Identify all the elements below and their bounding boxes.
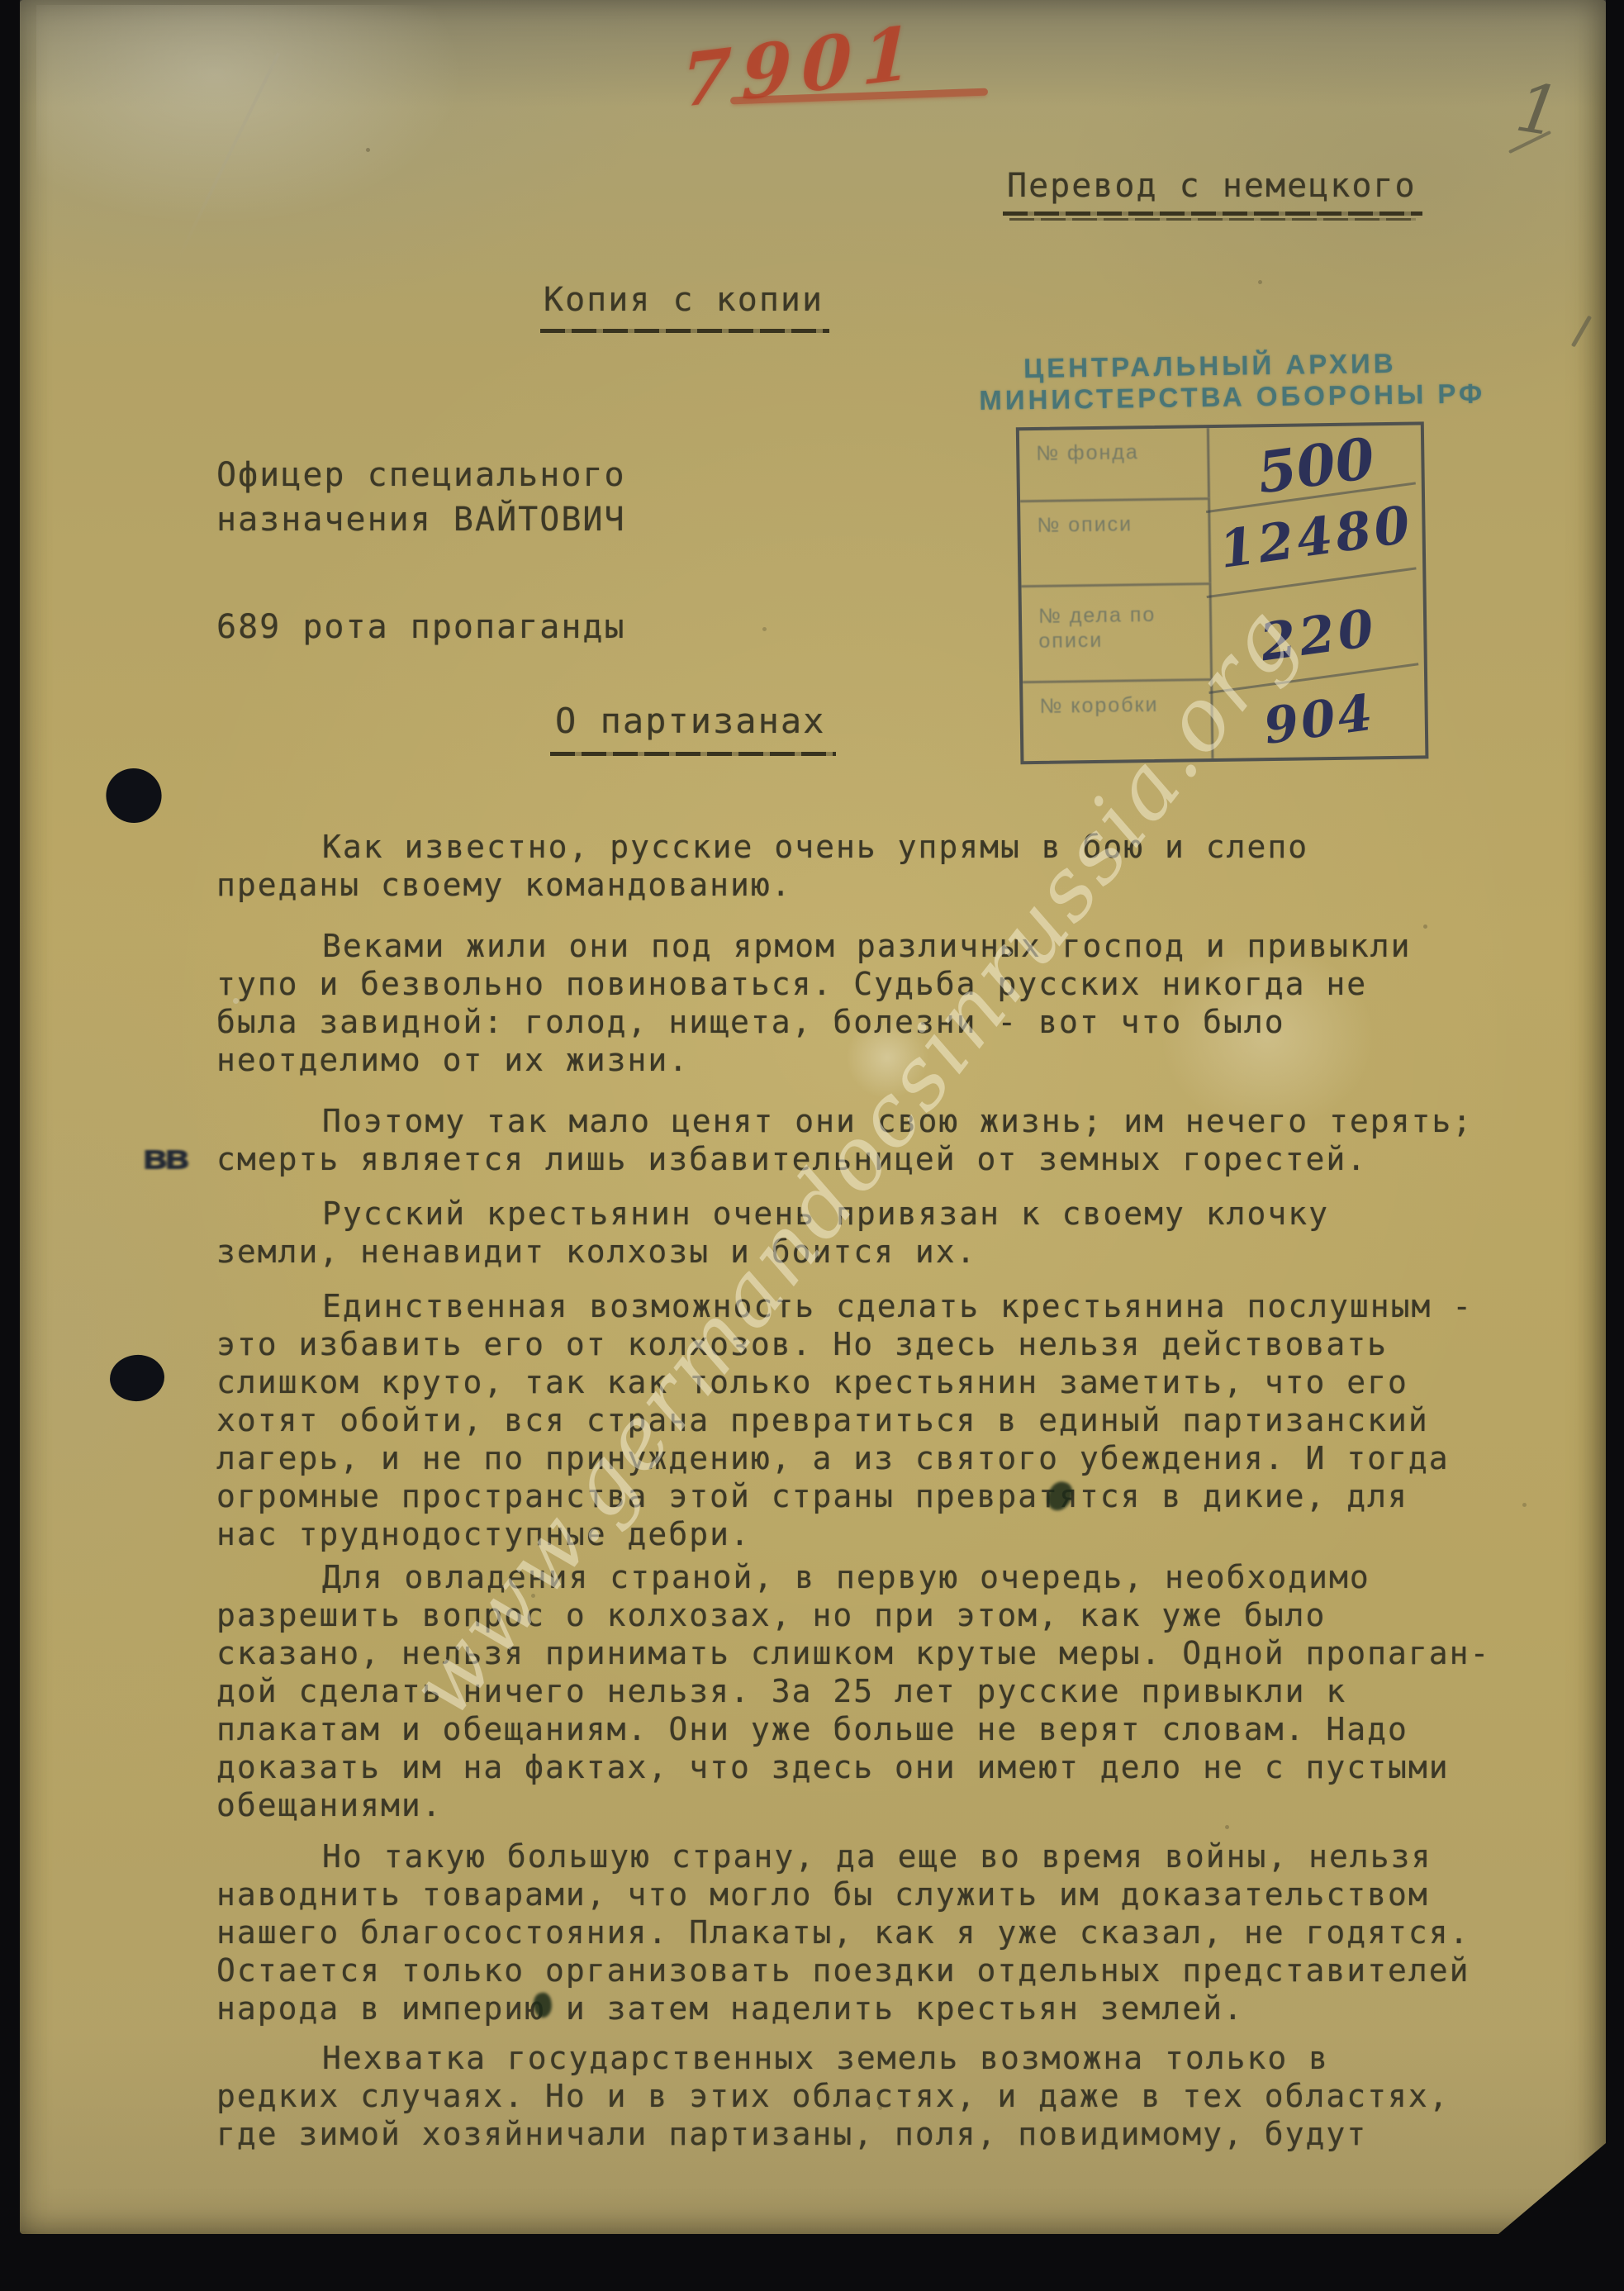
text-line: смерть является лишь избавительницей от … [216,1140,1473,1178]
text-line: наводнить товарами, что могло бы служить… [216,1875,1470,1913]
text-line: Поэтому так мало ценят они свою жизнь; и… [216,1102,1473,1140]
text-line: Нехватка государственных земель возможна… [216,2039,1450,2077]
text-line: разрешить вопрос о колхозах, но при этом… [216,1596,1490,1634]
translation-note-underline-2 [1009,218,1416,221]
officer-line-3: 689 рота пропаганды [216,608,626,646]
typo-smudge: вв [143,1137,187,1177]
pencil-tick [1571,316,1592,348]
document-title: О партизанах [555,701,825,741]
stamp-header-line2: МИНИСТЕРСТВА ОБОРОНЫ РФ [979,378,1441,416]
translation-note: Перевод с немецкого [1007,167,1417,205]
stamp-table: № фонда500№ описи12480№ дела по описи220… [1016,421,1429,764]
text-line: огромные пространства этой страны превра… [216,1477,1473,1515]
text-line: плакатам и обещаниям. Они уже больше не … [216,1710,1490,1748]
stain-torn-corner [36,5,482,236]
archive-stamp: ЦЕНТРАЛЬНЫЙ АРХИВ МИНИСТЕРСТВА ОБОРОНЫ Р… [979,347,1447,765]
text-line: дой сделать ничего нельзя. За 25 лет рус… [216,1672,1490,1710]
translation-note-underline [1003,212,1422,216]
text-line: Единственная возможность сделать крестья… [216,1287,1473,1325]
text-line: преданы своему командованию. [216,866,1308,904]
text-line: где зимой хозяйничали партизаны, поля, п… [216,2115,1450,2153]
stamp-row-label: № описи [1020,497,1211,585]
stamp-row-label: № фонда [1019,428,1210,500]
officer-line-1: Офицер специального [216,456,626,494]
text-line: тупо и безвольно повиноваться. Судьба ру… [216,965,1412,1003]
hole-punch-top [102,764,166,828]
text-line: Как известно, русские очень упрямы в бою… [216,828,1308,866]
officer-line-2: назначения ВАЙТОВИЧ [216,501,626,539]
text-line: обещаниями. [216,1786,1490,1824]
text-line: земли, ненавидит колхозы и боится их. [216,1233,1329,1271]
text-line: редких случаях. Но и в этих областях, и … [216,2077,1450,2115]
paragraph: Веками жили они под ярмом различных госп… [216,927,1412,1079]
title-underline [550,752,836,756]
paragraph: Для овладения страной, в первую очередь,… [216,1558,1490,1824]
text-line: слишком круто, так как только крестьянин… [216,1363,1473,1401]
text-line: нашего благосостояния. Плакаты, как я уж… [216,1913,1470,1951]
text-line: Веками жили они под ярмом различных госп… [216,927,1412,965]
paper-speckles [20,0,22,2]
text-line: нас труднодоступные дебри. [216,1515,1473,1553]
text-line: Но такую большую страну, да еще во время… [216,1837,1470,1875]
hole-punch-bottom [107,1352,166,1405]
text-line: это избавить его от колхозов. Но здесь н… [216,1325,1473,1363]
scan-background: 7901 1 Перевод с немецкого Копия с копии… [0,0,1624,2291]
paragraph: Единственная возможность сделать крестья… [216,1287,1473,1553]
text-line: доказать им на фактах, что здесь они име… [216,1748,1490,1786]
text-line: Русский крестьянин очень привязан к свое… [216,1195,1329,1233]
stamp-row-label: № коробки [1023,678,1213,761]
text-line: хотят обойти, вся страна превратиться в … [216,1401,1473,1439]
crease-line [176,52,280,261]
stamp-row-label: № дела по описи [1021,582,1213,681]
document-page: 7901 1 Перевод с немецкого Копия с копии… [20,0,1606,2234]
red-archive-number: 7901 [681,8,923,125]
folded-corner [1498,2143,1606,2234]
copy-note: Копия с копии [544,281,824,319]
text-line: народа в империю и затем наделить кресть… [216,1989,1470,2027]
paragraph: Русский крестьянин очень привязан к свое… [216,1195,1329,1271]
text-line: была завидной: голод, нищета, болезни - … [216,1003,1412,1041]
paragraph: Но такую большую страну, да еще во время… [216,1837,1470,2027]
paragraph: Нехватка государственных земель возможна… [216,2039,1450,2153]
paragraph: Как известно, русские очень упрямы в бою… [216,828,1308,904]
copy-note-underline [540,329,829,333]
paragraph: Поэтому так мало ценят они свою жизнь; и… [216,1102,1473,1178]
text-line: лагерь, и не по принуждению, а из святог… [216,1439,1473,1477]
text-line: Для овладения страной, в первую очередь,… [216,1558,1490,1596]
text-line: неотделимо от их жизни. [216,1041,1412,1079]
text-line: Остается только организовать поездки отд… [216,1951,1470,1989]
text-line: сказано, нельзя принимать слишком крутые… [216,1634,1490,1672]
